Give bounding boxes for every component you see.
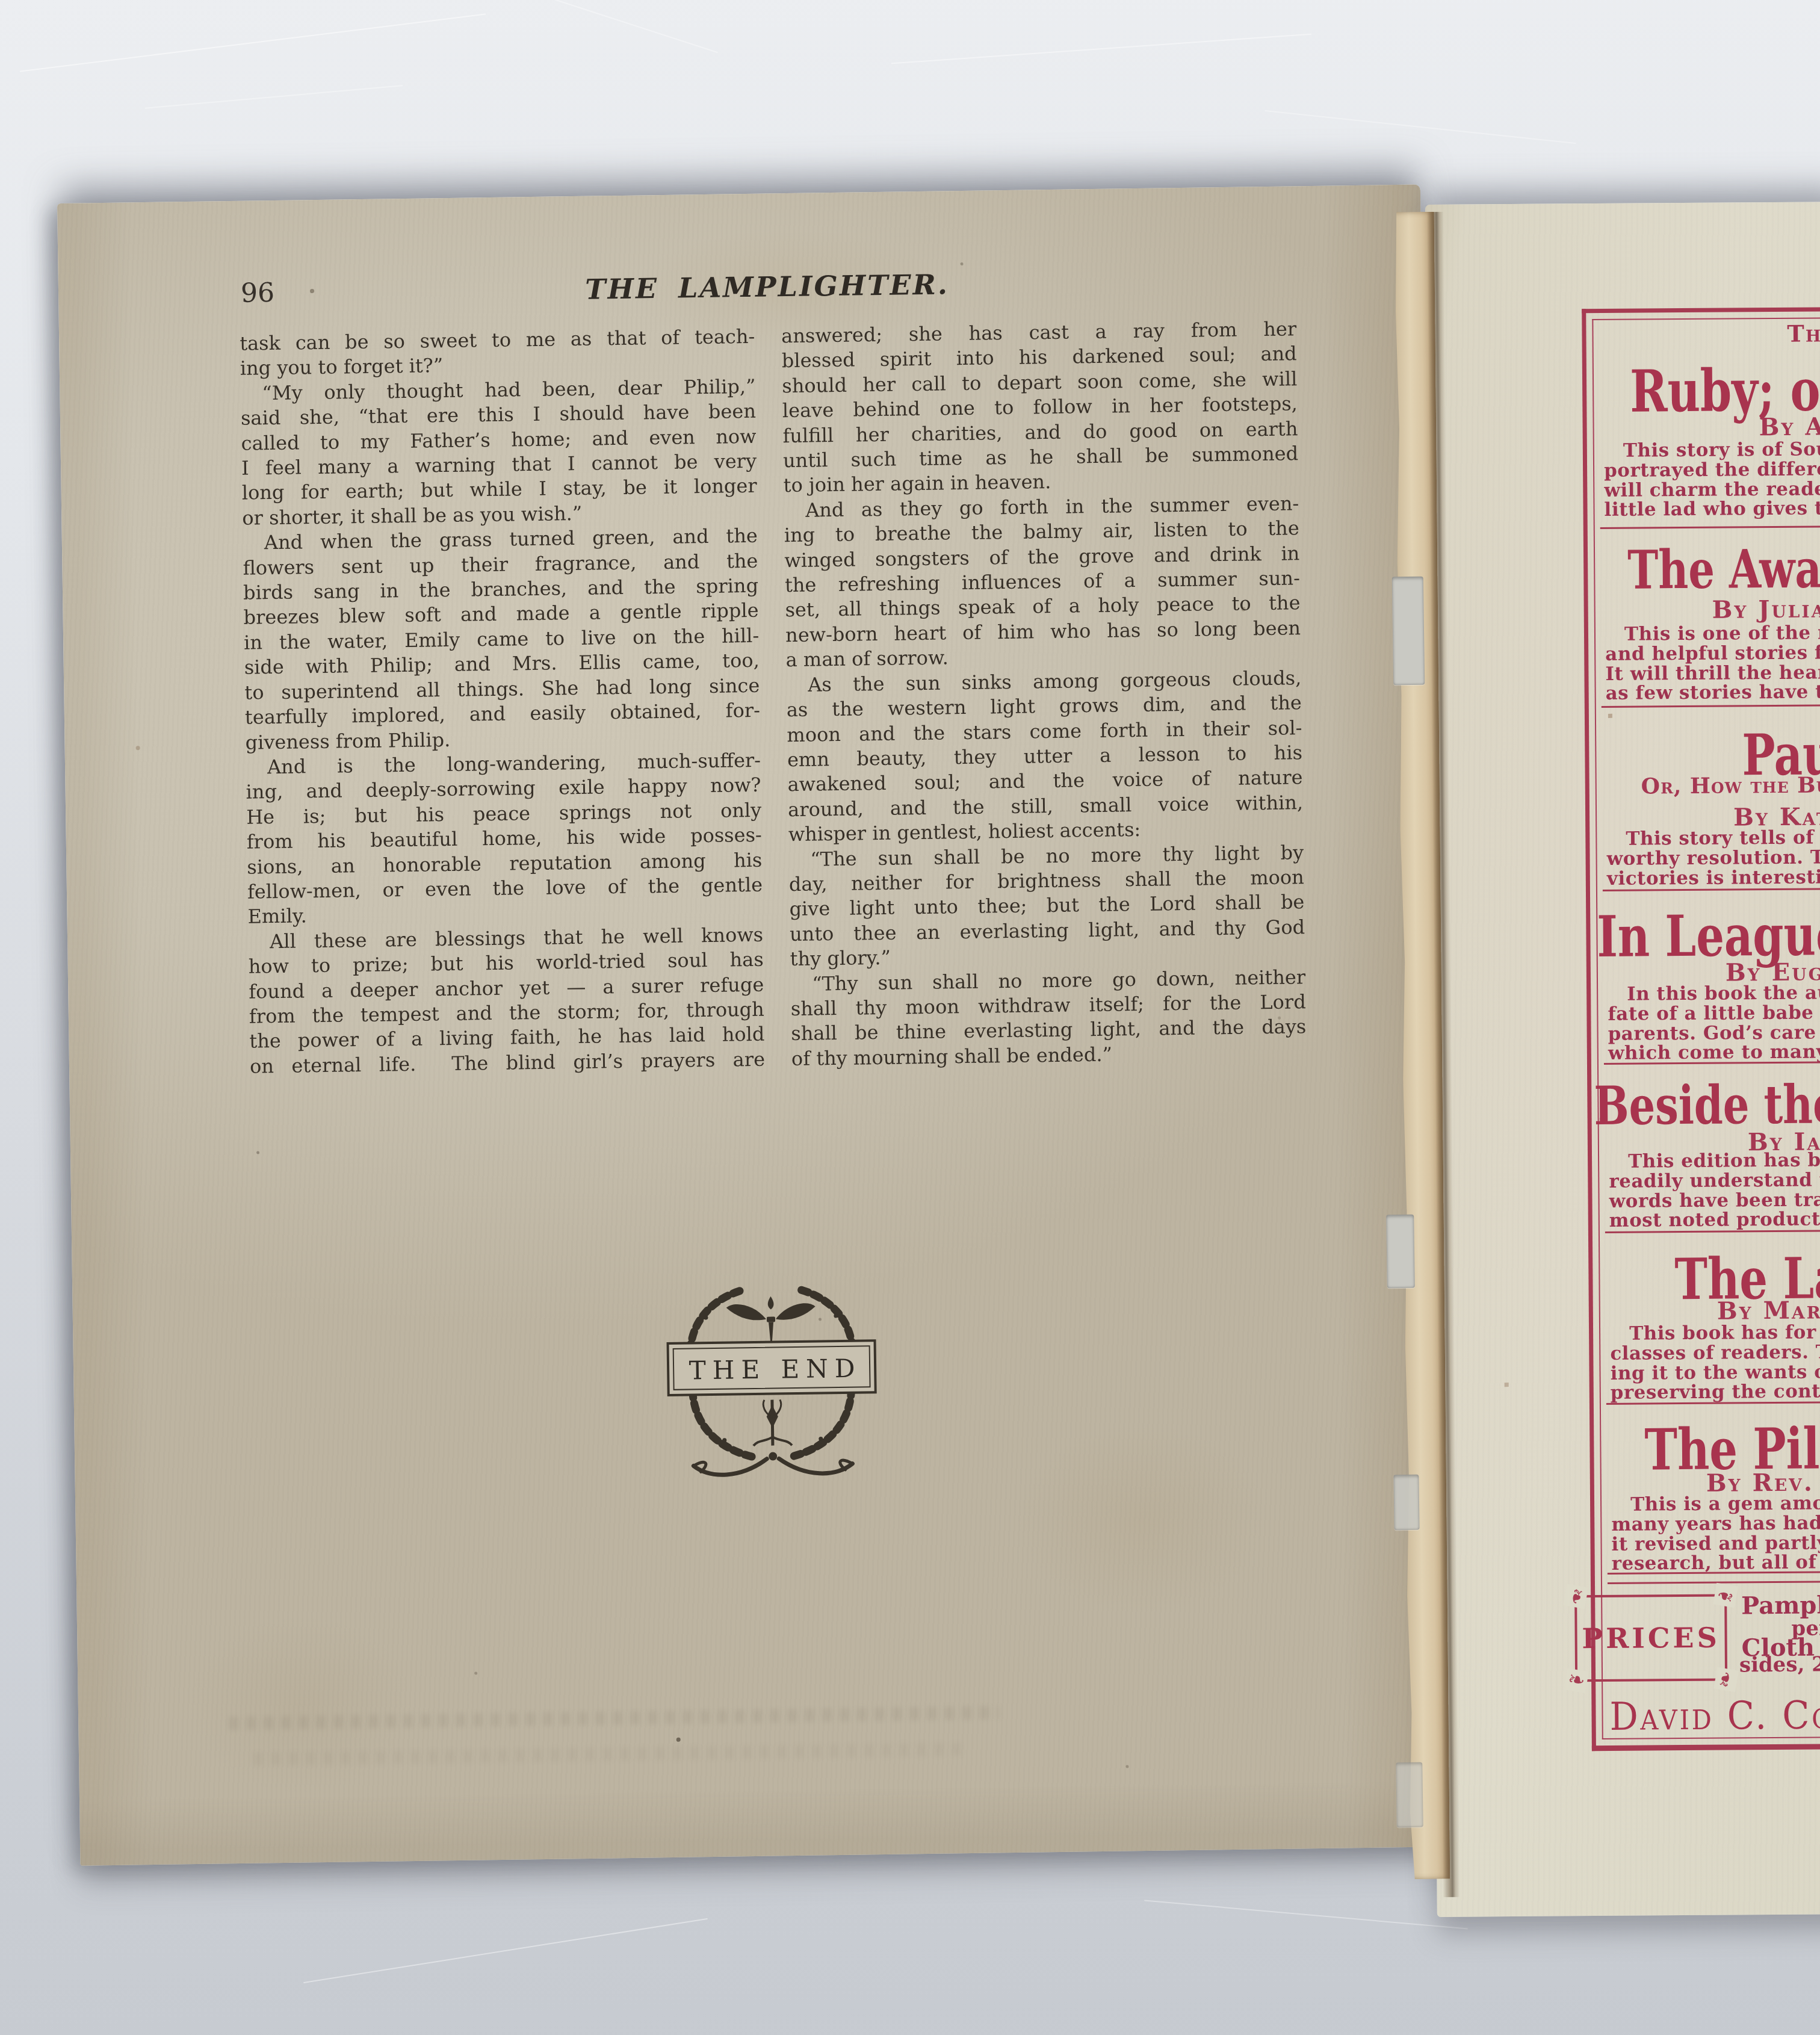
table-scratch — [20, 13, 486, 72]
text-line: I feel many a warning that I cannot be v… — [241, 449, 757, 481]
ad-paragraph: In this book the authofate of a little b… — [1608, 983, 1820, 1064]
text-line: shall thy moon withdraw itself; for the … — [791, 990, 1306, 1021]
text-line: emn beauty, they utter a lesson to his — [787, 740, 1302, 772]
text-line: winged songsters of the grove and drink … — [784, 541, 1299, 573]
spine-tear — [1386, 1215, 1415, 1289]
text-line: ing to breathe the balmy air, listen to … — [784, 516, 1299, 548]
laurel-branch-icon — [800, 1289, 853, 1362]
text-line: will charm the reader, — [1604, 479, 1820, 501]
text-line: long for earth; but while I stay, be it … — [241, 474, 757, 506]
text-line: He is; but his peace springs not only — [246, 798, 761, 829]
ad-paragraph: This book has for manyclasses of readers… — [1610, 1322, 1820, 1403]
text-line: And is the long-wandering, much-suffer- — [246, 748, 761, 780]
ad-subtitle: Or, How the But — [1641, 772, 1820, 799]
winged-torch-icon — [726, 1296, 816, 1345]
text-line: unto thee an everlasting light, and thy … — [790, 915, 1305, 947]
text-line: and helpful stories for — [1605, 643, 1820, 664]
text-line: birds sang in the branches, and the spri… — [243, 574, 758, 606]
double-divider-rule — [1608, 1571, 1820, 1584]
ad-paragraph: This story tells of a briworthy resoluti… — [1606, 828, 1820, 888]
text-line: found a deeper anchor yet — a surer refu… — [249, 972, 764, 1004]
text-line: new-born heart of him who has so long be… — [785, 616, 1301, 648]
ad-byline: By A. — [1759, 412, 1820, 441]
text-line: All these are blessings that he well kno… — [248, 922, 763, 954]
text-line: answered; she has cast a ray from her — [781, 317, 1296, 348]
ad-paragraph: This is a gem among relimany years has h… — [1611, 1493, 1820, 1574]
text-line: how to prize; but his world-tried soul h… — [248, 947, 763, 979]
text-line: day, neither for brightness shall the mo… — [789, 865, 1304, 897]
text-line: it revised and partly rewritt — [1611, 1532, 1820, 1554]
laurel-berries — [696, 1313, 847, 1442]
text-line: task can be so sweet to me as that of te… — [240, 324, 755, 356]
text-line: said she, “that ere this I should have b… — [241, 399, 756, 431]
ad-paragraph: This is one of the mostand helpful stori… — [1605, 623, 1820, 704]
text-line: from his beautiful home, his wide posses… — [247, 823, 762, 855]
text-line: the power of a living faith, he has laid… — [249, 1022, 764, 1054]
text-line: portrayed the different — [1604, 459, 1820, 481]
text-line: Emily. — [247, 897, 763, 929]
laurel-branch-icon — [793, 1389, 853, 1456]
paper-stain — [1013, 1420, 1268, 1617]
the-end-ornament: THE END — [650, 1265, 894, 1509]
laurel-branch-icon — [689, 1290, 741, 1363]
paper-stain — [630, 227, 944, 352]
fleuron-icon — [753, 1399, 792, 1446]
text-line: It will thrill the heart of — [1605, 663, 1820, 684]
text-line: moon and the stars come forth in their s… — [787, 716, 1302, 748]
text-line: around, and the still, small voice withi… — [788, 790, 1303, 822]
publisher-name: David C. Coo — [1609, 1693, 1820, 1739]
text-line: flowers sent up their fragrance, and the — [243, 548, 758, 580]
table-scratch — [1264, 110, 1576, 144]
text-line: breezes blew soft and made a gentle ripp… — [243, 598, 758, 630]
laurel-branch-icon — [693, 1390, 752, 1457]
text-line: until such time as he shall be summoned — [783, 441, 1298, 473]
ad-byline: By Julia M — [1712, 595, 1820, 624]
prices-box: ❧ ❧ ❧ ❧ PRICES — [1574, 1594, 1727, 1682]
text-line: This is a gem among reli — [1611, 1493, 1820, 1515]
text-line: of thy mourning shall be ended.” — [791, 1039, 1307, 1071]
ribbon-icon — [693, 1451, 852, 1475]
text-line: from the tempest and the storm; for, thr… — [249, 997, 764, 1029]
text-line: as the western light grows dim, and the — [787, 690, 1302, 722]
text-line: shall be thine everlasting light, and th… — [791, 1015, 1306, 1047]
text-line: classes of readers. This edi — [1610, 1342, 1820, 1364]
text-line: fate of a little babe sepa — [1608, 1003, 1820, 1024]
table-scratch — [891, 34, 1311, 64]
ad-title-in-league: In League W — [1597, 906, 1820, 965]
text-line: ing it to the wants of mode — [1610, 1361, 1820, 1383]
text-line: side with Philip; and Mrs. Ellis came, t… — [244, 648, 760, 680]
text-line: “Thy sun shall no more go down, neither — [790, 965, 1305, 997]
text-line: called to my Father’s home; and even now — [241, 424, 756, 456]
text-line: “The sun shall be no more thy light by — [788, 840, 1304, 872]
text-line: set, all things speak of a holy peace to… — [785, 591, 1300, 623]
text-line: This story tells of a bri — [1606, 828, 1820, 849]
text-line: ing, and deeply-sorrowing exile happy no… — [246, 773, 761, 805]
text-column-left: task can be so sweet to me as that of te… — [240, 324, 765, 1079]
text-line: preserving the continuity o — [1611, 1381, 1820, 1403]
text-line: This edition has been pr — [1609, 1150, 1820, 1172]
price-line: sides, 25 — [1739, 1652, 1820, 1677]
text-line: on eternal life. The blind girl’s prayer… — [250, 1047, 765, 1079]
spine-tear — [1396, 1762, 1423, 1828]
text-line: a man of sorrow. — [785, 641, 1301, 673]
text-line: give light unto thee; but the Lord shall… — [789, 890, 1304, 922]
text-line: This is one of the most — [1605, 623, 1820, 645]
text-line: readily understand the S — [1609, 1170, 1820, 1192]
left-page: 96 THE LAMPLIGHTER. task can be so sweet… — [57, 184, 1443, 1865]
text-line: ing you to forget it?” — [240, 349, 755, 381]
right-page-ads: Th Ruby; or, A By A. This story is of So… — [1425, 202, 1820, 1917]
text-line: And as they go forth in the summer even- — [784, 491, 1299, 523]
text-line: or shorter, it shall be as you wish.” — [242, 499, 757, 531]
text-line: many years has had a wide — [1611, 1513, 1820, 1535]
ad-title-beside: Beside the Bo — [1594, 1077, 1820, 1132]
text-line: should her call to depart soon come, she… — [782, 367, 1297, 398]
running-title: THE LAMPLIGHTER. — [239, 263, 1296, 310]
ad-byline: By Maria — [1717, 1296, 1820, 1325]
text-line: to join her again in heaven. — [783, 466, 1298, 498]
text-line: as few stories have the p — [1606, 682, 1820, 704]
price-line: Pamphle — [1741, 1591, 1820, 1620]
text-line: victories is interesting an — [1607, 867, 1820, 889]
text-line: blessed spirit into his darkened soul; a… — [781, 342, 1296, 374]
paper-stain — [185, 1613, 416, 1797]
text-line: giveness from Philip. — [245, 723, 760, 755]
the-end-label: THE END — [689, 1354, 861, 1386]
text-line: This story is of Sou — [1604, 439, 1820, 461]
table-scratch — [303, 1918, 708, 1983]
paper-specks — [57, 203, 59, 205]
prices-label: PRICES — [1577, 1597, 1725, 1680]
text-line: the refreshing influences of a summer su… — [785, 566, 1300, 598]
text-line: thy glory.” — [790, 940, 1305, 971]
text-column-right: answered; she has cast a ray from herble… — [781, 317, 1307, 1071]
text-line: “My only thought had been, dear Philip,” — [240, 374, 755, 406]
text-line: worthy resolution. The — [1606, 847, 1820, 869]
text-line: parents. God’s care over — [1608, 1023, 1820, 1044]
text-line: fellow-men, or even the love of the gent… — [247, 873, 763, 905]
text-line: In this book the autho — [1608, 983, 1820, 1005]
ad-title-ruby: Ruby; or, A — [1630, 361, 1820, 420]
text-line: which come to many, mak — [1608, 1042, 1820, 1064]
photo-open-book: 96 THE LAMPLIGHTER. task can be so sweet… — [0, 0, 1820, 2035]
text-line: little lad who gives the — [1604, 498, 1820, 520]
spine-tear — [1393, 1475, 1419, 1531]
ad-paragraph: This story is of Souportrayed the differ… — [1604, 439, 1820, 520]
text-line: leave behind one to follow in her footst… — [782, 391, 1298, 423]
text-line: sions, an honorable reputation among his — [247, 847, 762, 879]
text-line: awakened soul; and the voice of nature — [787, 766, 1302, 798]
spine-tear — [1392, 577, 1425, 686]
text-line: in the water, Emily came to live on the … — [244, 624, 759, 655]
ink-bleedthrough — [253, 1742, 964, 1765]
text-line: As the sun sinks among gorgeous clouds, — [786, 666, 1301, 698]
table-scratch — [145, 85, 403, 108]
cropped-header-text: Th — [1787, 320, 1820, 347]
ad-title-awakening: The Awakenin — [1627, 541, 1820, 596]
text-line: to superintend all things. She had long … — [244, 673, 760, 705]
text-line: tearfully implored, and easily obtained,… — [245, 698, 760, 730]
page-number: 96 — [241, 277, 275, 309]
ink-bleedthrough — [229, 1706, 999, 1730]
paper-specks — [1425, 205, 1427, 206]
table-scratch — [1144, 1900, 1468, 1929]
text-line: whisper in gentlest, holiest accents: — [788, 815, 1303, 847]
text-line: fulfill her charities, and do good on ea… — [782, 417, 1298, 448]
text-line: research, but all of the story — [1612, 1552, 1820, 1574]
the-end-box: THE END — [668, 1340, 876, 1395]
table-scratch — [546, 0, 718, 53]
text-line: This book has for many — [1610, 1322, 1820, 1344]
text-line: And when the grass turned green, and the — [243, 524, 758, 556]
text-line: words have been translated — [1609, 1189, 1820, 1211]
text-line: most noted production thu — [1609, 1209, 1820, 1231]
ad-paragraph: This edition has been prreadily understa… — [1609, 1150, 1820, 1231]
